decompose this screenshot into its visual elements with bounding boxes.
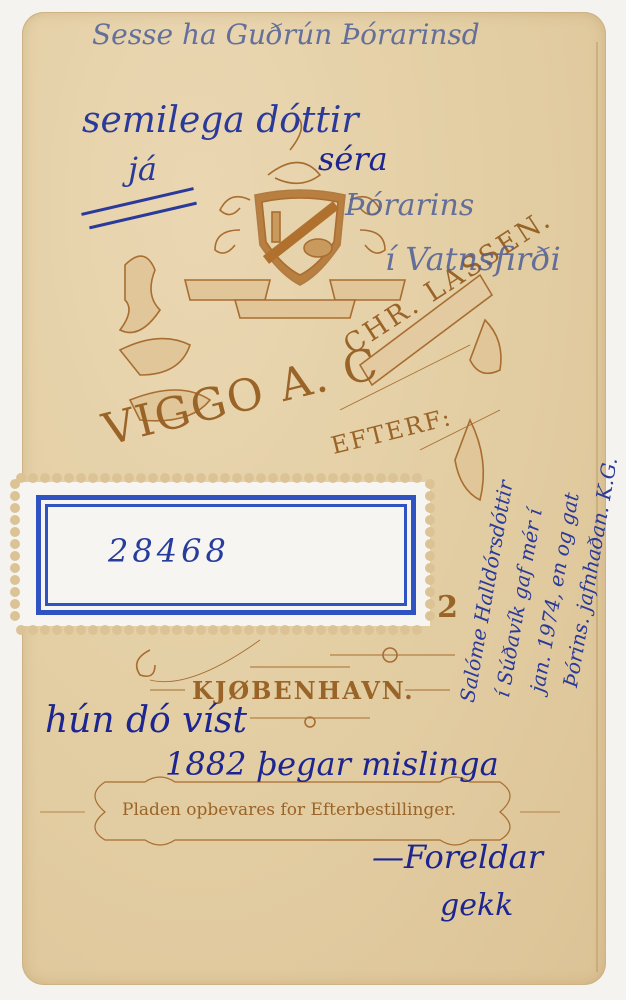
note-line-4: Þórarins <box>345 188 474 223</box>
note-bottom-2: 1882 þegar mislinga <box>165 745 499 783</box>
archive-number: 28468 <box>108 532 230 570</box>
note-line-3-sera: séra <box>318 140 388 178</box>
note-line-3-ja: já <box>128 150 157 188</box>
imprint-notice: Pladen opbevares for Efterbestillinger. <box>122 800 456 820</box>
note-bottom-4: gekk <box>440 888 513 923</box>
note-line-5: í Vatnsfirði <box>385 240 561 278</box>
note-bottom-3: —Foreldar <box>372 838 543 876</box>
note-line-2: semilega dóttir <box>82 100 359 141</box>
note-top-line: Sesse ha Guðrún Þórarinsd <box>92 18 480 51</box>
note-bottom-1: hún dó víst <box>45 700 247 741</box>
